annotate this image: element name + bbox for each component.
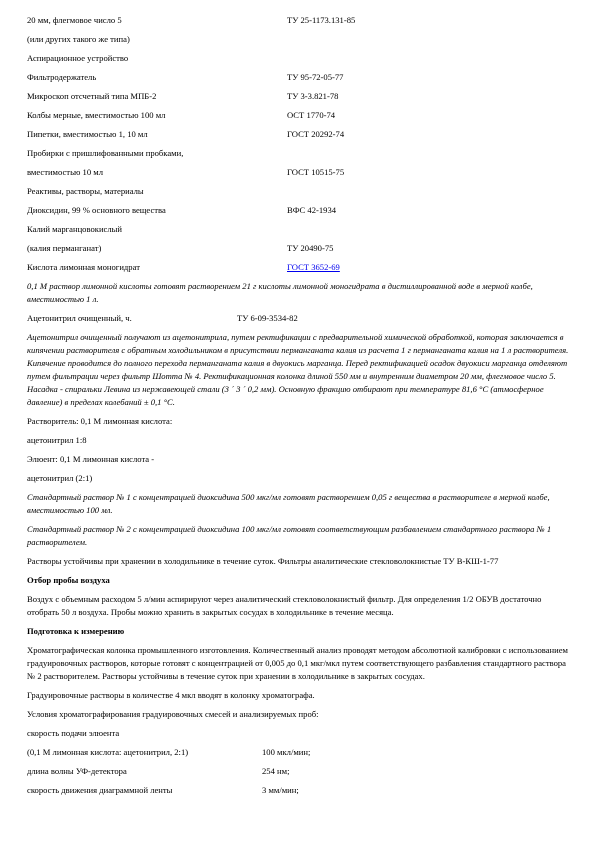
reagent-label: Кислота лимонная моногидрат [27, 262, 140, 272]
equipment-label: Колбы мерные, вместимостью 100 мл [27, 110, 165, 120]
stability-note: Растворы устойчивы при хранении в холоди… [27, 555, 575, 568]
standard-ref: ТУ 6-09-3534-82 [237, 312, 298, 325]
gost-3652-69-link[interactable]: ГОСТ 3652-69 [287, 261, 340, 274]
equipment-label: Фильтродержатель [27, 72, 96, 82]
condition-label: скорость движения диаграммной ленты [27, 785, 172, 795]
document-page: 20 мм, флегмовое число 5 ТУ 25-1173.131-… [27, 14, 575, 797]
condition-label: (0,1 М лимонная кислота: ацетонитрил, 2:… [27, 747, 188, 757]
equipment-row: вместимостью 10 мл ГОСТ 10515-75 [27, 166, 575, 179]
standard-ref: ВФС 42-1934 [287, 204, 336, 217]
equipment-row: Фильтродержатель ТУ 95-72-05-77 [27, 71, 575, 84]
acetonitrile-purification-note: Ацетонитрил очищенный получают из ацетон… [27, 331, 575, 409]
solvent-line: ацетонитрил 1:8 [27, 434, 575, 447]
equipment-label: вместимостью 10 мл [27, 167, 103, 177]
equipment-row: Аспирационное устройство [27, 52, 575, 65]
reagent-row: Кислота лимонная моногидрат ГОСТ 3652-69 [27, 261, 575, 274]
standard-ref: ГОСТ 20292-74 [287, 128, 344, 141]
condition-row: скорость движения диаграммной ленты 3 мм… [27, 784, 575, 797]
equipment-label: 20 мм, флегмовое число 5 [27, 15, 122, 25]
standard-ref: ОСТ 1770-74 [287, 109, 335, 122]
equipment-label: Микроскоп отсчетный типа МПБ-2 [27, 91, 156, 101]
preparation-text: Хроматографическая колонка промышленного… [27, 644, 575, 683]
sampling-heading: Отбор пробы воздуха [27, 574, 575, 587]
standard-ref: ГОСТ 10515-75 [287, 166, 344, 179]
standard-ref: ТУ 20490-75 [287, 242, 333, 255]
condition-row: (0,1 М лимонная кислота: ацетонитрил, 2:… [27, 746, 575, 759]
reagent-row: (калия перманганат) ТУ 20490-75 [27, 242, 575, 255]
condition-value: 3 мм/мин; [262, 784, 299, 797]
conditions-intro: Условия хроматографирования градуировочн… [27, 708, 575, 721]
equipment-row: Колбы мерные, вместимостью 100 мл ОСТ 17… [27, 109, 575, 122]
calibration-text: Градуировочные растворы в количестве 4 м… [27, 689, 575, 702]
equipment-label: (или других такого же типа) [27, 34, 130, 44]
equipment-row: Пробирки с пришлифованными пробками, [27, 147, 575, 160]
reagent-row: Диоксидин, 99 % основного вещества ВФС 4… [27, 204, 575, 217]
preparation-heading: Подготовка к измерению [27, 625, 575, 638]
condition-label: длина волны УФ-детектора [27, 766, 127, 776]
eluent-line: Элюент: 0,1 М лимонная кислота - [27, 453, 575, 466]
standard-ref: ТУ 3-3.821-78 [287, 90, 338, 103]
reagent-label: Ацетонитрил очищенный, ч. [27, 313, 132, 323]
section-label: Реактивы, растворы, материалы [27, 186, 144, 196]
sampling-text: Воздух с объемным расходом 5 л/мин аспир… [27, 593, 575, 619]
reagent-row: Калий марганцовокислый [27, 223, 575, 236]
standard-solution-1-note: Стандартный раствор № 1 с концентрацией … [27, 491, 575, 517]
standard-ref: ТУ 95-72-05-77 [287, 71, 343, 84]
reagent-label: Диоксидин, 99 % основного вещества [27, 205, 166, 215]
standard-ref: ТУ 25-1173.131-85 [287, 14, 355, 27]
equipment-label: Пипетки, вместимостью 1, 10 мл [27, 129, 148, 139]
equipment-label: Пробирки с пришлифованными пробками, [27, 148, 183, 158]
condition-row: длина волны УФ-детектора 254 нм; [27, 765, 575, 778]
equipment-label: Аспирационное устройство [27, 53, 128, 63]
condition-row: скорость подачи элюента [27, 727, 575, 740]
reagent-label: Калий марганцовокислый [27, 224, 122, 234]
equipment-row: Микроскоп отсчетный типа МПБ-2 ТУ 3-3.82… [27, 90, 575, 103]
equipment-row: Пипетки, вместимостью 1, 10 мл ГОСТ 2029… [27, 128, 575, 141]
citric-solution-note: 0,1 М раствор лимонной кислоты готовят р… [27, 280, 575, 306]
reagents-section-label: Реактивы, растворы, материалы [27, 185, 575, 198]
equipment-row: (или других такого же типа) [27, 33, 575, 46]
equipment-row: 20 мм, флегмовое число 5 ТУ 25-1173.131-… [27, 14, 575, 27]
condition-label: скорость подачи элюента [27, 728, 119, 738]
reagent-row: Ацетонитрил очищенный, ч. ТУ 6-09-3534-8… [27, 312, 575, 325]
standard-solution-2-note: Стандартный раствор № 2 с концентрацией … [27, 523, 575, 549]
solvent-line: Растворитель: 0,1 М лимонная кислота: [27, 415, 575, 428]
eluent-line: ацетонитрил (2:1) [27, 472, 575, 485]
reagent-label: (калия перманганат) [27, 243, 101, 253]
condition-value: 254 нм; [262, 765, 289, 778]
condition-value: 100 мкл/мин; [262, 746, 310, 759]
